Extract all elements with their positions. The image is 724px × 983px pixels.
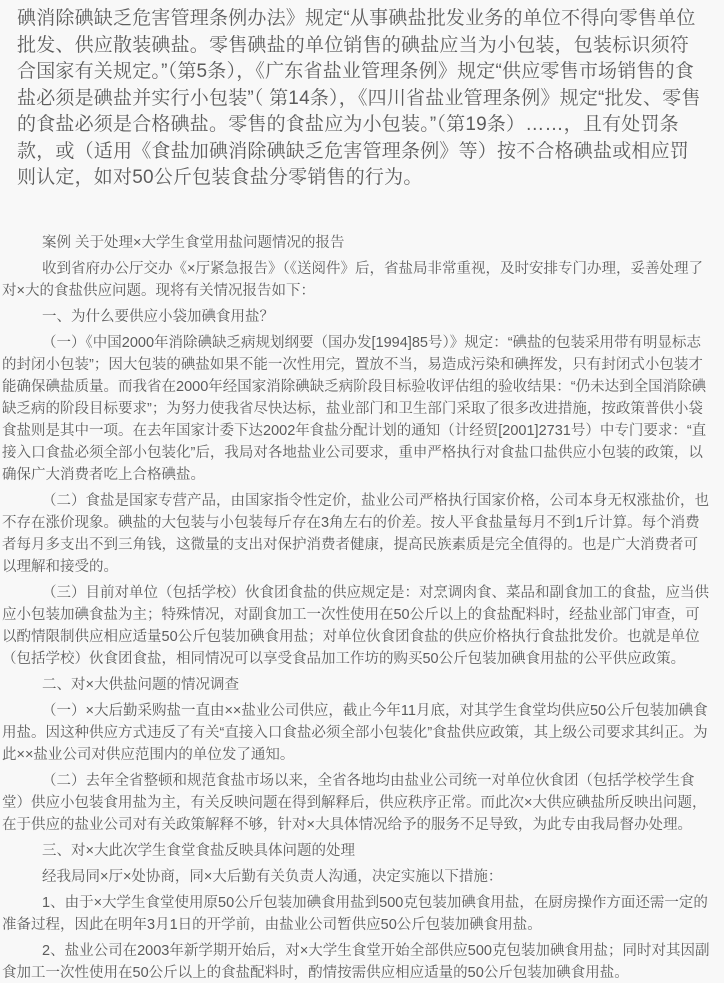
section-1-heading: 一、为什么要供应小袋加碘食用盐？ (2, 306, 712, 328)
section-1-point-3: （三）目前对单位（包括学校）伙食团食盐的供应规定是：对烹调肉食、菜品和副食加工的… (2, 582, 712, 670)
section-2-heading: 二、对×大供盐问题的情况调查 (2, 674, 712, 696)
section-3-heading: 三、对×大此次学生食堂食盐反映具体问题的处理 (2, 840, 712, 862)
case-report: 案例 关于处理×大学生食堂用盐问题情况的报告 收到省府办公厅交办《×厅紧急报告》… (0, 232, 724, 983)
section-3-measure-2: 2、盐业公司在2003年新学期开始后，对×大学生食堂开始全部供应500克包装加碘… (2, 940, 712, 983)
section-1-point-1: （一）《中国2000年消除碘缺乏病规划纲要（国办发[1994]85号）》规定：“… (2, 332, 712, 486)
document-page: 碘消除碘缺乏危害管理条例办法》规定“从事碘盐批发业务的单位不得向零售单位批发、供… (0, 0, 724, 983)
section-1-point-2: （二）食盐是国家专营产品，由国家指令性定价，盐业公司严格执行国家价格，公司本身无… (2, 490, 712, 578)
section-2-point-1: （一）×大后勤采购盐一直由××盐业公司供应，截止今年11月底，对其学生食堂均供应… (2, 700, 712, 766)
section-2-point-2: （二）去年全省整顿和规范食盐市场以来，全省各地均由盐业公司统一对单位伙食团（包括… (2, 770, 712, 836)
section-3-measure-1: 1、由于×大学生食堂使用原50公斤包装加碘食用盐到500克包装加碘食用盐，在厨房… (2, 892, 712, 936)
intro-paragraph: 碘消除碘缺乏危害管理条例办法》规定“从事碘盐批发业务的单位不得向零售单位批发、供… (0, 0, 724, 192)
report-opening-paragraph: 收到省府办公厅交办《×厅紧急报告》（《送阅件》后，省盐局非常重视，及时安排专门办… (2, 258, 712, 302)
report-title: 案例 关于处理×大学生食堂用盐问题情况的报告 (2, 232, 712, 254)
section-3-intro: 经我局同×厅×处协商，同×大后勤有关负责人沟通，决定实施以下措施： (2, 866, 712, 888)
